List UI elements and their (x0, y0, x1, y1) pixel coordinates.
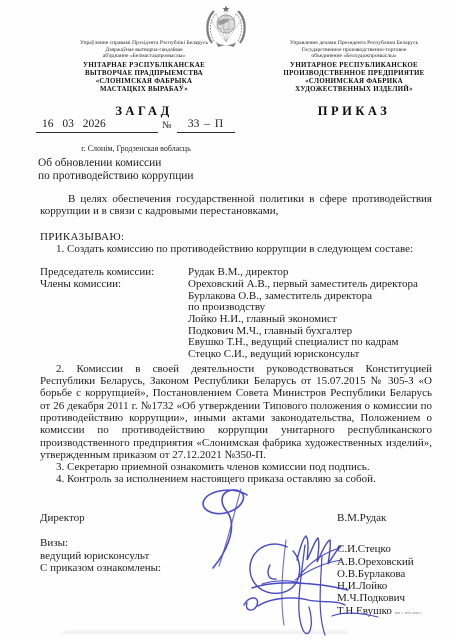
acquainted-label: С приказом ознакомлены: (40, 562, 161, 574)
order-keyword: ПРИКАЗЫВАЮ: (40, 231, 432, 243)
signer-name: О.В.Бурлакова (337, 568, 423, 580)
signer-name: М.Ч.Подкович (337, 592, 423, 604)
scan-artifact (62, 631, 348, 634)
signer-name: Т.Н.Евушко 500 э. 879 2025 г. (337, 605, 423, 619)
committee-table: Председатель комиссии: Рудак В.М., дирек… (40, 267, 432, 361)
header-right-line: Управление делами Президента Республики … (268, 40, 440, 47)
committee-member: Ореховский А.В., первый заместитель дире… (188, 279, 432, 291)
org-name-line: УНИТАРНОЕ РЕСПУБЛИКАНСКОЕ (268, 62, 440, 70)
signing-left-column: Директор Визы: ведущий юрисконсульт С пр… (40, 512, 161, 574)
header-left-line: аб'яднанне «Белмастацпромыслы» (58, 53, 230, 60)
org-name-line: ПРОИЗВОДСТВЕННОЕ ПРЕДПРИЯТИЕ (268, 70, 440, 78)
visas-label: Визы: (40, 537, 161, 549)
header-right-block: Управление делами Президента Республики … (268, 40, 440, 119)
scanned-order-document: Упраўленне справамі Прэзідэнта Рэспублік… (0, 0, 452, 640)
subject-block: Об обновлении комиссии по противодействи… (38, 157, 194, 184)
visa-role: ведущий юрисконсульт (40, 550, 161, 562)
committee-role-label (40, 302, 188, 314)
date-number-row: 16 03 2026 № 33 – П (36, 118, 235, 133)
committee-member: Стецко С.И., ведущий юрисконсульт (188, 349, 432, 361)
document-body: В целях обеспечения государственной поли… (40, 193, 432, 486)
place-line: г. Слонім, Гродзенская вобласць (36, 144, 236, 153)
committee-row: Стецко С.И., ведущий юрисконсульт (40, 349, 432, 361)
committee-row: Лойко Н.И., главный экономист (40, 314, 432, 326)
header-left-block: Упраўленне справамі Прэзідэнта Рэспублік… (58, 40, 230, 119)
header-left-line: Упраўленне справамі Прэзідэнта Рэспублік… (58, 40, 230, 47)
subject-line: по противодействию коррупции (38, 170, 194, 183)
print-run-note: 500 э. 879 2025 г. (395, 611, 423, 615)
org-name-line: ХУДОЖЕСТВЕННЫХ ИЗДЕЛИЙ» (268, 86, 440, 94)
doc-type-russian: ПРИКАЗ (268, 104, 440, 119)
item-1: 1. Создать комиссию по противодействию к… (40, 243, 432, 255)
header-right-line: объединение «Белхудожпромыслы» (268, 53, 440, 60)
committee-role-label (40, 326, 188, 338)
signing-right-column: В.М.Рудак С.И.Стецко А.В.Ореховский О.В.… (337, 512, 423, 619)
committee-role-label (40, 291, 188, 303)
committee-role-label: Члены комиссии: (40, 279, 188, 291)
item-4: 4. Контроль за исполнением настоящего пр… (40, 473, 432, 485)
subject-line: Об обновлении комиссии (38, 157, 194, 170)
item-3: 3. Секретарю приемной ознакомить членов … (40, 461, 432, 473)
signer-name: Н.И.Лойко (337, 580, 423, 592)
committee-role-label (40, 337, 188, 349)
intro-paragraph: В целях обеспечения государственной поли… (40, 193, 432, 218)
org-name-line: ВЫТВОРЧАЕ ПРАДПРЫЕМСТВА (58, 70, 230, 78)
committee-role-label (40, 314, 188, 326)
number-sign: № (162, 120, 172, 131)
committee-member: Лойко Н.И., главный экономист (188, 314, 432, 326)
order-number-field: 33 – П (177, 118, 235, 133)
org-name-line: МАСТАЦКІХ ВЫРАБАЎ» (58, 86, 230, 94)
signer-name: А.В.Ореховский (337, 556, 423, 568)
committee-role-label (40, 349, 188, 361)
date-field: 16 03 2026 (36, 118, 158, 133)
committee-row: Члены комиссии: Ореховский А.В., первый … (40, 279, 432, 291)
signer-name: С.И.Стецко (337, 543, 423, 555)
org-name-line: УНІТАРНАЕ РЭСПУБЛІКАНСКАЕ (58, 62, 230, 70)
director-label: Директор (40, 512, 161, 524)
item-2: 2. Комиссии в своей деятельности руковод… (40, 363, 432, 461)
director-name: В.М.Рудак (337, 512, 423, 524)
doc-type-belarusian: ЗАГАД (58, 104, 230, 119)
director-signature-ink (203, 489, 247, 568)
